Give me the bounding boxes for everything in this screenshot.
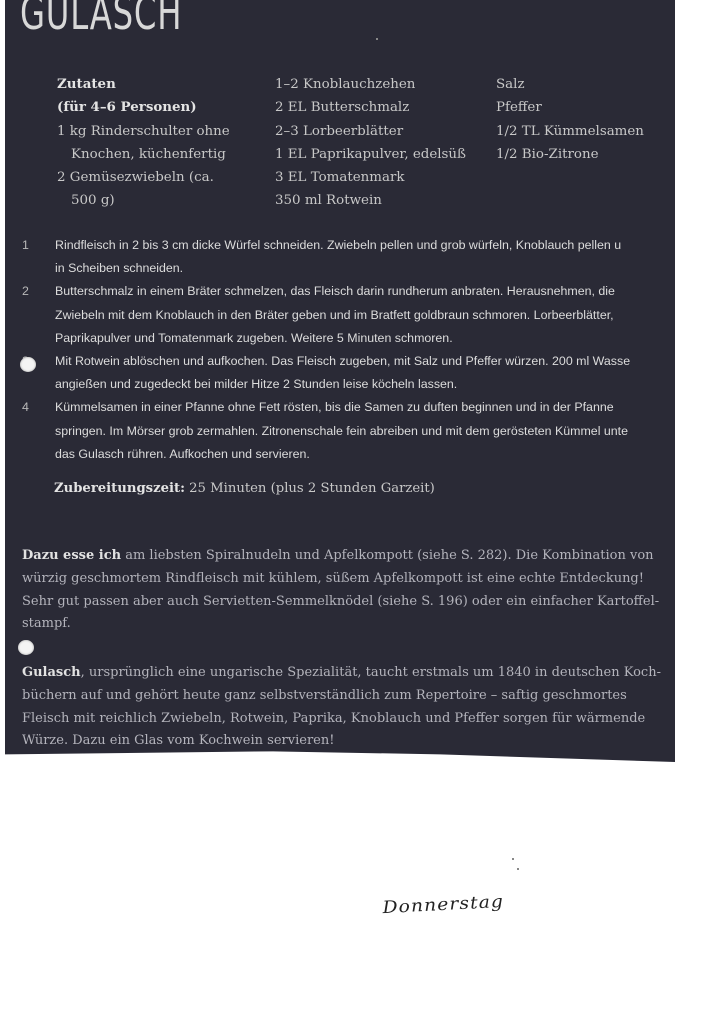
ingredient-item: 2 Gemüsezwiebeln (ca.	[57, 166, 230, 189]
preparation-steps: 1Rindfleisch in 2 bis 3 cm dicke Würfel …	[0, 234, 675, 466]
ingredients-column-2: 1–2 Knoblauchzehen2 EL Butterschmalz2–3 …	[275, 73, 466, 213]
note-line: Sehr gut passen aber auch Servietten-Sem…	[22, 591, 682, 614]
punch-hole	[20, 357, 36, 372]
step-text: Kümmelsamen in einer Pfanne ohne Fett rö…	[55, 396, 675, 419]
ingredients-heading: Zutaten	[57, 73, 230, 96]
step-text: angießen und zugedeckt bei milder Hitze …	[55, 373, 675, 396]
note-line: büchern auf und gehört heute ganz selbst…	[22, 685, 682, 708]
scan-speck	[376, 38, 378, 40]
punch-hole	[18, 640, 34, 655]
ingredient-item: Salz	[496, 73, 644, 96]
step-number: 2	[22, 280, 29, 303]
step-item: 2Butterschmalz in einem Bräter schmelzen…	[0, 280, 675, 350]
ingredient-item: 1/2 Bio-Zitrone	[496, 143, 644, 166]
step-text: Paprikapulver und Tomatenmark zugeben. W…	[55, 327, 675, 350]
ingredient-item: 2–3 Lorbeerblätter	[275, 120, 466, 143]
step-text: Butterschmalz in einem Bräter schmelzen,…	[55, 280, 675, 303]
ingredient-item: Pfeffer	[496, 96, 644, 119]
scan-speck	[512, 858, 514, 860]
note-line: Würze. Dazu ein Glas vom Kochwein servie…	[22, 730, 682, 753]
ingredient-item: 1 EL Paprikapulver, edelsüß	[275, 143, 466, 166]
step-text: Zwiebeln mit dem Knoblauch in den Bräter…	[55, 304, 675, 327]
ingredient-item: 1 kg Rinderschulter ohne	[57, 120, 230, 143]
prep-time: Zubereitungszeit: 25 Minuten (plus 2 Stu…	[54, 481, 435, 496]
note-line: Dazu esse ich am liebsten Spiralnudeln u…	[22, 545, 682, 568]
ingredient-item: 3 EL Tomatenmark	[275, 166, 466, 189]
ingredient-item: 1–2 Knoblauchzehen	[275, 73, 466, 96]
scan-speck	[517, 868, 519, 870]
step-text: das Gulasch rühren. Aufkochen und servie…	[55, 443, 675, 466]
note-emphasis: Gulasch	[22, 665, 81, 680]
step-number: 4	[22, 396, 29, 419]
ingredients-column-3: SalzPfeffer1/2 TL Kümmelsamen1/2 Bio-Zit…	[496, 73, 644, 166]
prep-time-label: Zubereitungszeit:	[54, 481, 185, 496]
ingredients-column-1: Zutaten (für 4–6 Personen) 1 kg Rindersc…	[57, 73, 230, 213]
step-number: 1	[22, 234, 29, 257]
step-text: Mit Rotwein ablöschen und aufkochen. Das…	[55, 350, 675, 373]
step-text: in Scheiben schneiden.	[55, 257, 675, 280]
ingredient-item: 500 g)	[57, 189, 230, 212]
step-item: 3Mit Rotwein ablöschen und aufkochen. Da…	[0, 350, 675, 396]
ingredient-item: 2 EL Butterschmalz	[275, 96, 466, 119]
note-line: Gulasch, ursprünglich eine ungarische Sp…	[22, 662, 682, 685]
prep-time-value: 25 Minuten (plus 2 Stunden Garzeit)	[189, 481, 435, 496]
ingredient-item: 1/2 TL Kümmelsamen	[496, 120, 644, 143]
gulasch-history-note: Gulasch, ursprünglich eine ungarische Sp…	[22, 662, 682, 753]
note-line: Fleisch mit reichlich Zwiebeln, Rotwein,…	[22, 708, 682, 731]
step-text: springen. Im Mörser grob zermahlen. Zitr…	[55, 420, 675, 443]
step-item: 4Kümmelsamen in einer Pfanne ohne Fett r…	[0, 396, 675, 466]
serving-suggestion: Dazu esse ich am liebsten Spiralnudeln u…	[22, 545, 682, 636]
handwritten-note: Donnerstag	[382, 892, 504, 918]
note-emphasis: Dazu esse ich	[22, 548, 121, 563]
servings: (für 4–6 Personen)	[57, 96, 230, 119]
note-line: stampf.	[22, 613, 682, 636]
ingredient-item: Knochen, küchenfertig	[57, 143, 230, 166]
note-line: würzig geschmortem Rindfleisch mit kühle…	[22, 568, 682, 591]
step-text: Rindfleisch in 2 bis 3 cm dicke Würfel s…	[55, 234, 675, 257]
step-item: 1Rindfleisch in 2 bis 3 cm dicke Würfel …	[0, 234, 675, 280]
ingredient-item: 350 ml Rotwein	[275, 189, 466, 212]
recipe-title: GULASCH	[20, 0, 182, 40]
